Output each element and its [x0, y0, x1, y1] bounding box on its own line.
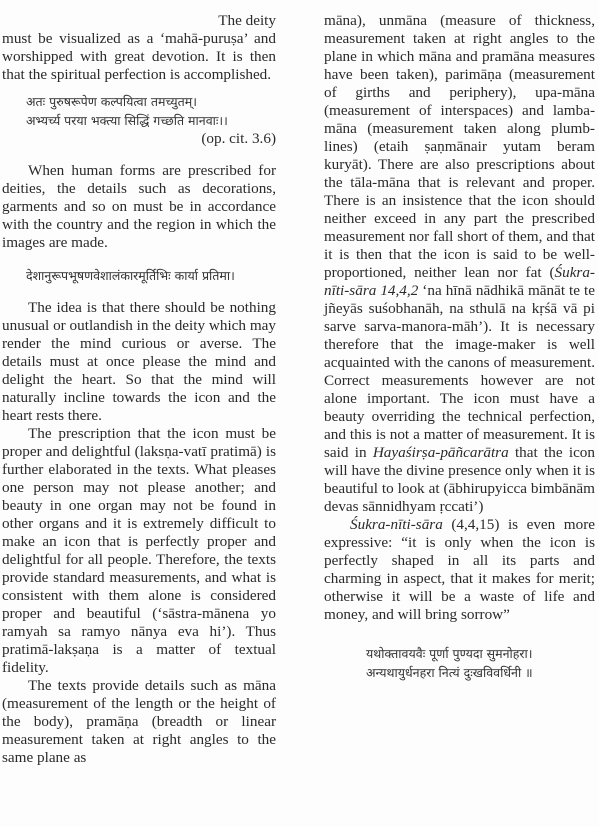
left-column: The deity must be visualized as a ‘mahā-…: [2, 12, 276, 767]
paragraph-mana-continued: māna), unmāna (measure of thickness, mea…: [324, 12, 595, 516]
sanskrit-verse-2: देशानुरूपभूषणवेशालंकारमूर्तिभिः कार्या प…: [2, 266, 276, 285]
verse-1-citation: (op. cit. 3.6): [2, 130, 276, 148]
right-column: māna), unmāna (measure of thickness, mea…: [324, 12, 595, 682]
text-segment: māna), unmāna (measure of thickness, mea…: [324, 12, 595, 281]
paragraph-prescription: The prescription that the icon must be p…: [2, 425, 276, 677]
sanskrit-verse-3-line-1: यथोक्तावयवैः पूर्णा पुण्यदा सुमनोहरा।: [324, 644, 595, 663]
sanskrit-verse-1-line-1: अतः पुरुषरूपेण कल्पयित्वा तमच्युतम्।: [2, 92, 276, 111]
book-page: The deity must be visualized as a ‘mahā-…: [0, 0, 599, 827]
sanskrit-verse-3-line-2: अन्यथायुर्धनहरा नित्यं दुःखविवर्धिनी ॥: [324, 663, 595, 682]
paragraph-measurements: The texts provide details such as māna (…: [2, 677, 276, 767]
paragraph-human-forms: When human forms are prescribed for deit…: [2, 162, 276, 252]
opening-fragment: The deity: [2, 12, 276, 30]
citation-hayasirsa: Hayaśirṣa-pāñcarātra: [373, 444, 509, 461]
paragraph-maha-purusa: must be visualized as a ‘mahā-puruṣa’ an…: [2, 30, 276, 84]
paragraph-idea: The idea is that there should be nothing…: [2, 299, 276, 425]
paragraph-sukra-niti-sara: Śukra-nīti-sāra (4,4,15) is even more ex…: [324, 516, 595, 624]
citation-sukra-niti-sara-2: Śukra-nīti-sāra: [350, 516, 443, 533]
sanskrit-verse-1-line-2: अभ्यर्च्य परया भक्त्या सिद्धिं गच्छति मा…: [2, 111, 276, 130]
text-segment: ‘na hīnā nādhikā mānāt te te jñeyās suśo…: [324, 282, 595, 461]
